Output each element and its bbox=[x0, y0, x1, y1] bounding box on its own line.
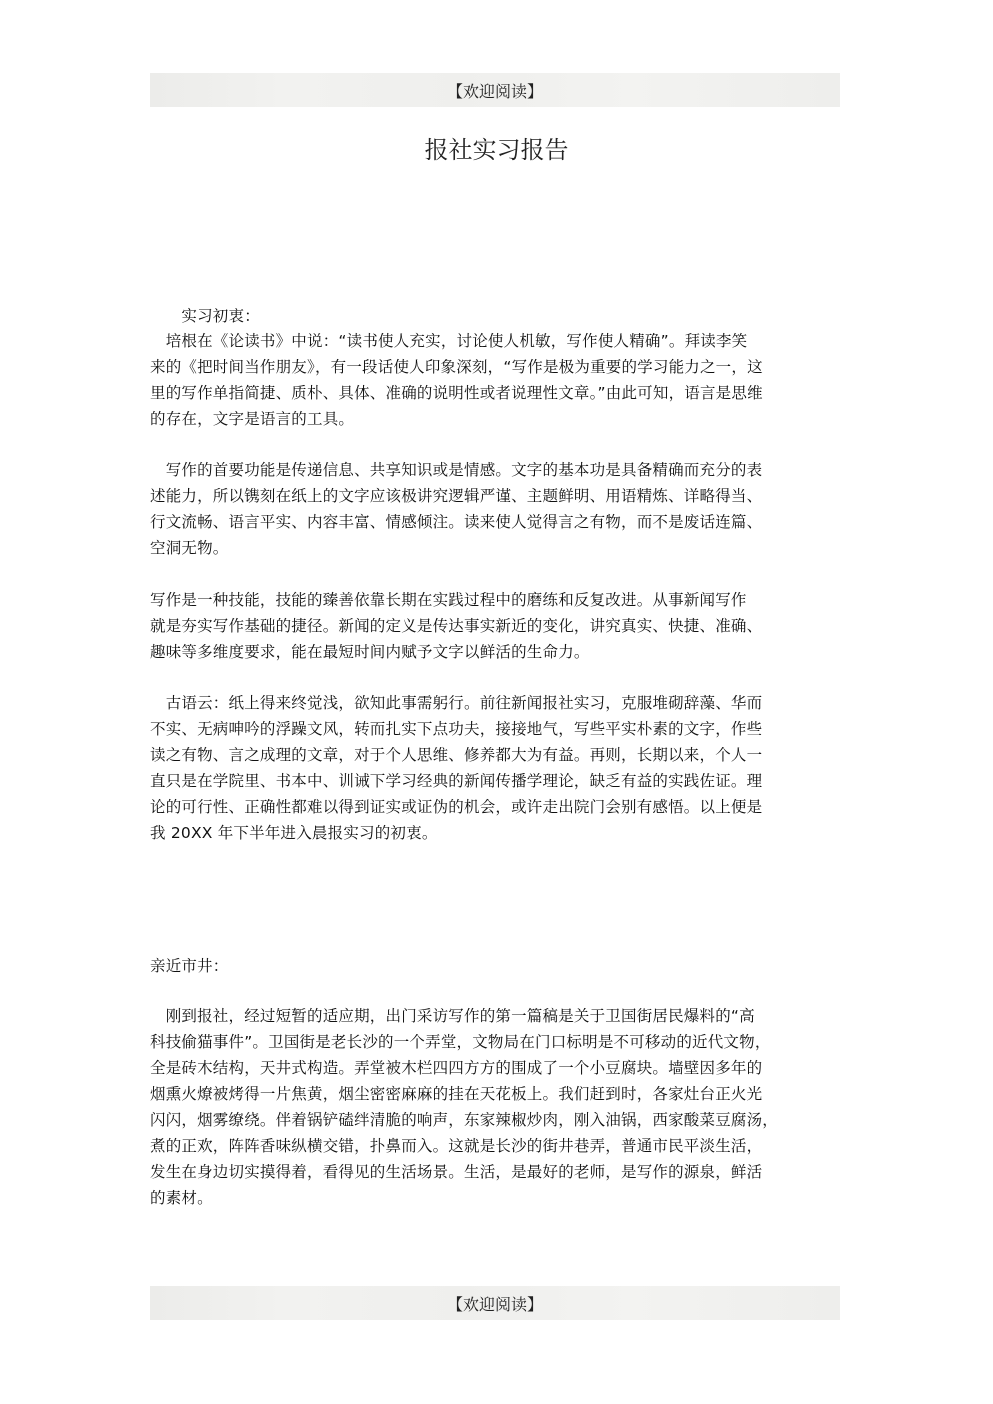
text-line: 写作的首要功能是传递信息、共享知识或是情感。文字的基本功是具备精确而充分的表 bbox=[150, 457, 842, 483]
text-line: 空洞无物。 bbox=[150, 535, 842, 561]
text-line: 不实、无病呻吟的浮躁文风，转而扎实下点功夫，接接地气，写些平实朴素的文字，作些 bbox=[150, 716, 842, 742]
text-line: 读之有物、言之成理的文章，对于个人思维、修养都大为有益。再则，长期以来，个人一 bbox=[150, 742, 842, 768]
footer-banner-text: 【欢迎阅读】 bbox=[447, 1292, 543, 1315]
footer-banner: 【欢迎阅读】 bbox=[150, 1286, 840, 1320]
heading-text: 实习初衷： bbox=[150, 303, 842, 329]
text-line: 古语云：纸上得来终觉浅，欲知此事需躬行。前往新闻报社实习，克服堆砌辞藻、华而 bbox=[150, 690, 842, 716]
text-line: 述能力，所以镌刻在纸上的文字应该极讲究逻辑严谨、主题鲜明、用语精炼、详略得当、 bbox=[150, 483, 842, 509]
text-line: 直只是在学院里、书本中、训诫下学习经典的新闻传播学理论，缺乏有益的实践佐证。理 bbox=[150, 768, 842, 794]
section-heading-intent: 实习初衷： bbox=[150, 303, 842, 329]
text-line: 趣味等多维度要求，能在最短时间内赋予文字以鲜活的生命力。 bbox=[150, 639, 842, 665]
header-banner-text: 【欢迎阅读】 bbox=[447, 79, 543, 102]
text-line: 科技偷猫事件”。卫国街是老长沙的一个弄堂，文物局在门口标明是不可移动的近代文物， bbox=[150, 1029, 842, 1055]
text-line: 写作是一种技能，技能的臻善依靠长期在实践过程中的磨练和反复改进。从事新闻写作 bbox=[150, 587, 842, 613]
text-line: 论的可行性、正确性都难以得到证实或证伪的机会，或许走出院门会别有感悟。以上便是 bbox=[150, 794, 842, 820]
text-line: 刚到报社，经过短暂的适应期，出门采访写作的第一篇稿是关于卫国街居民爆料的“高 bbox=[150, 1003, 842, 1029]
header-banner: 【欢迎阅读】 bbox=[150, 73, 840, 107]
paragraph-5: 刚到报社，经过短暂的适应期，出门采访写作的第一篇稿是关于卫国街居民爆料的“高 科… bbox=[150, 1003, 842, 1211]
text-line: 我 20XX 年下半年进入晨报实习的初衷。 bbox=[150, 820, 842, 846]
text-line: 的素材。 bbox=[150, 1185, 842, 1211]
text-line: 发生在身边切实摸得着，看得见的生活场景。生活，是最好的老师，是写作的源泉，鲜活 bbox=[150, 1159, 842, 1185]
section-heading-street: 亲近市井： bbox=[150, 953, 842, 979]
text-line: 里的写作单指简捷、质朴、具体、准确的说明性或者说理性文章。”由此可知，语言是思维 bbox=[150, 380, 842, 406]
text-line: 就是夯实写作基础的捷径。新闻的定义是传达事实新近的变化，讲究真实、快捷、准确、 bbox=[150, 613, 842, 639]
paragraph-2: 写作的首要功能是传递信息、共享知识或是情感。文字的基本功是具备精确而充分的表 述… bbox=[150, 457, 842, 561]
paragraph-4: 古语云：纸上得来终觉浅，欲知此事需躬行。前往新闻报社实习，克服堆砌辞藻、华而 不… bbox=[150, 690, 842, 846]
text-line: 闪闪，烟雾缭绕。伴着锅铲磕绊清脆的响声，东家辣椒炒肉，刚入油锅，西家酸菜豆腐汤， bbox=[150, 1107, 842, 1133]
paragraph-3: 写作是一种技能，技能的臻善依靠长期在实践过程中的磨练和反复改进。从事新闻写作 就… bbox=[150, 587, 842, 665]
text-line: 煮的正欢，阵阵香味纵横交错，扑鼻而入。这就是长沙的街井巷弄，普通市民平淡生活， bbox=[150, 1133, 842, 1159]
text-line: 来的《把时间当作朋友》，有一段话使人印象深刻，“写作是极为重要的学习能力之一，这 bbox=[150, 354, 842, 380]
document-title: 报社实习报告 bbox=[0, 130, 993, 165]
text-line: 行文流畅、语言平实、内容丰富、情感倾注。读来使人觉得言之有物，而不是废话连篇、 bbox=[150, 509, 842, 535]
text-line: 的存在，文字是语言的工具。 bbox=[150, 406, 842, 432]
text-line: 烟熏火燎被烤得一片焦黄，烟尘密密麻麻的挂在天花板上。我们赶到时，各家灶台正火光 bbox=[150, 1081, 842, 1107]
text-line: 培根在《论读书》中说：“读书使人充实，讨论使人机敏，写作使人精确”。拜读李笑 bbox=[150, 328, 842, 354]
paragraph-1: 培根在《论读书》中说：“读书使人充实，讨论使人机敏，写作使人精确”。拜读李笑 来… bbox=[150, 328, 842, 432]
text-line: 全是砖木结构，天井式构造。弄堂被木栏四四方方的围成了一个小豆腐块。墙壁因多年的 bbox=[150, 1055, 842, 1081]
heading-text: 亲近市井： bbox=[150, 953, 842, 979]
